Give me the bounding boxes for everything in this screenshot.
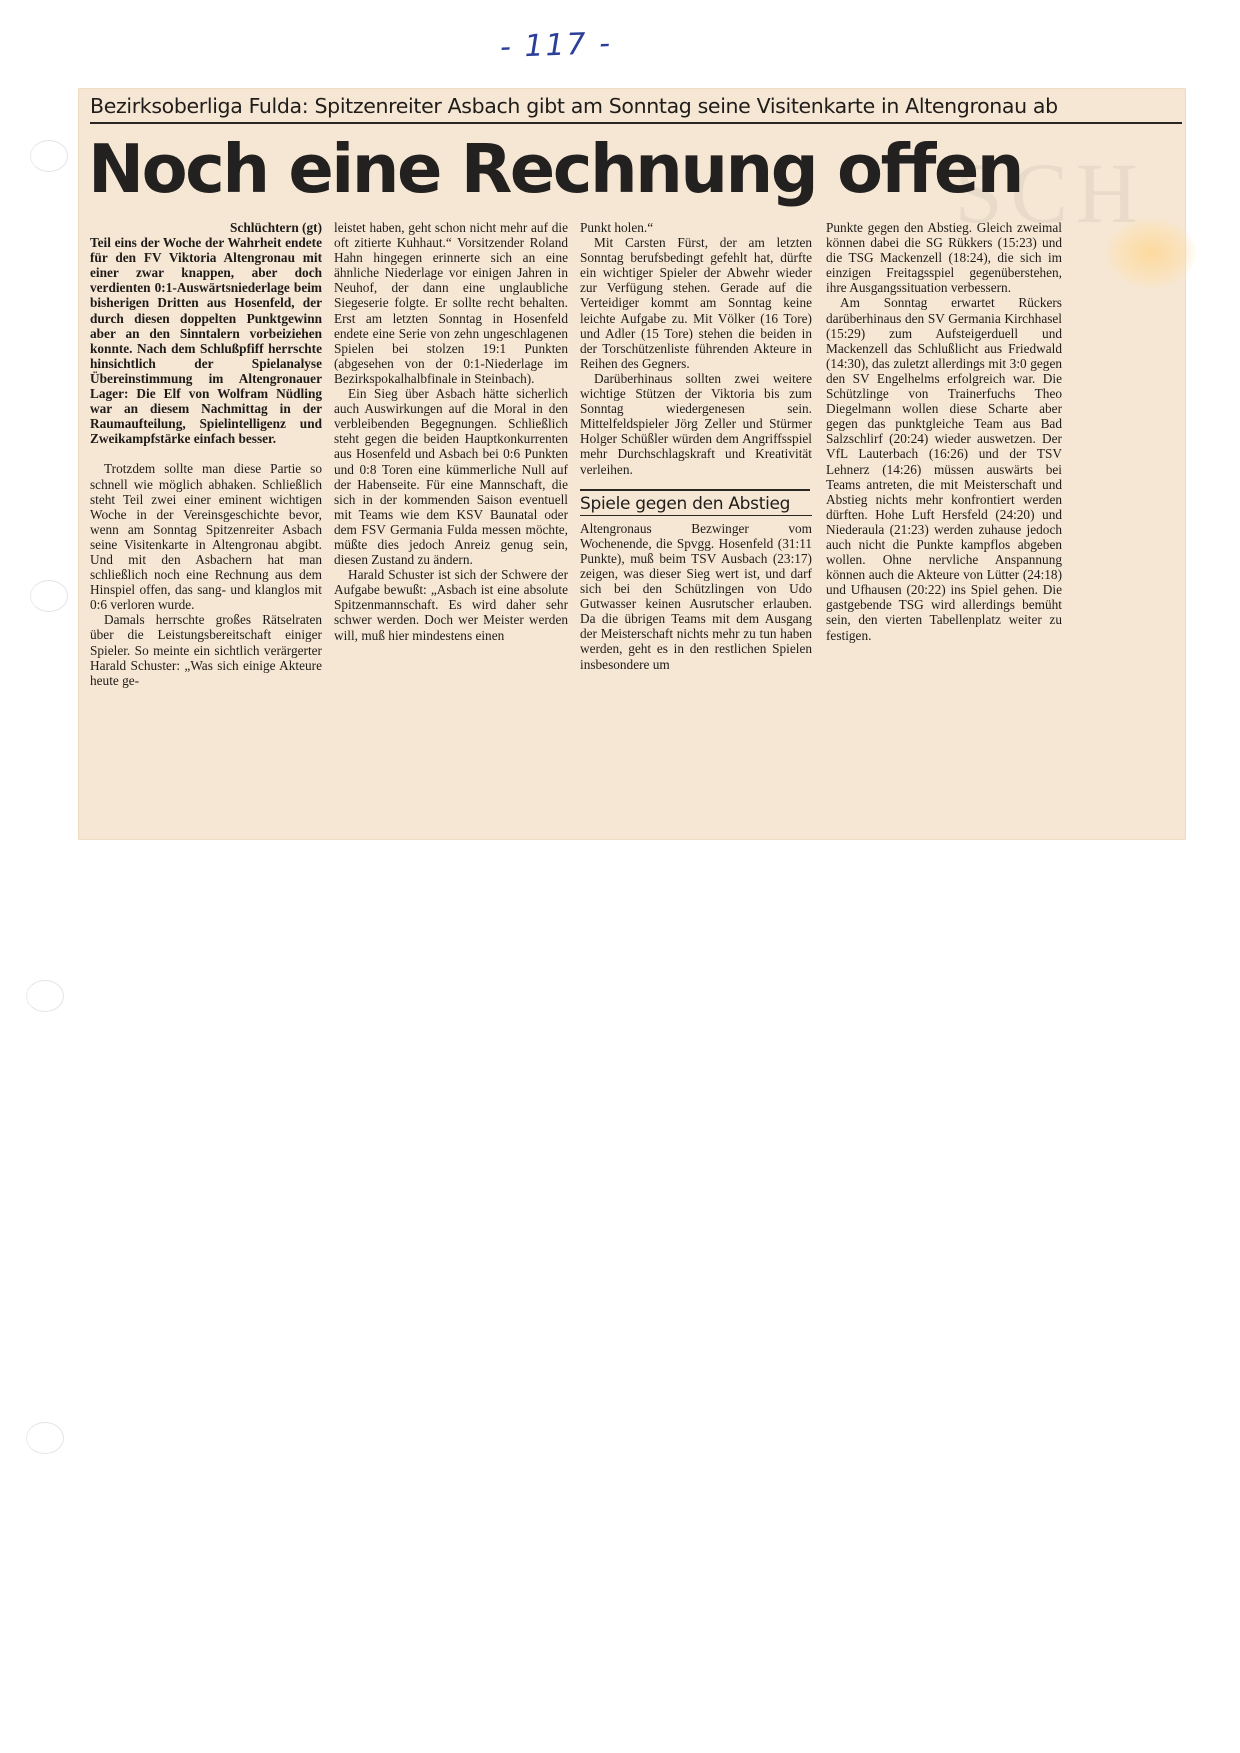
subheading: Spiele gegen den Abstieg <box>580 491 812 516</box>
body-paragraph: Am Sonntag erwartet Rückers darüberhinau… <box>826 295 1062 642</box>
newspaper-clipping: SCH Bezirksoberliga Fulda: Spitzenreiter… <box>78 88 1186 840</box>
punch-hole <box>26 980 64 1012</box>
dateline: Schlüchtern (gt) <box>90 220 322 235</box>
article-column-1: Schlüchtern (gt) Teil eins der Woche der… <box>90 220 322 688</box>
body-paragraph: Altengronaus Bezwinger vom Wochenende, d… <box>580 521 812 672</box>
body-paragraph: Punkt holen.“ <box>580 220 812 235</box>
punch-hole <box>26 1422 64 1454</box>
body-paragraph: Darüberhinaus sollten zwei weitere wicht… <box>580 371 812 477</box>
body-paragraph: leistet haben, geht schon nicht mehr auf… <box>334 220 568 386</box>
article-column-2: leistet haben, geht schon nicht mehr auf… <box>334 220 568 643</box>
body-paragraph: Damals herrschte großes Rätselraten über… <box>90 612 322 687</box>
article-kicker: Bezirksoberliga Fulda: Spitzenreiter Asb… <box>90 94 1182 124</box>
body-paragraph: Punkte gegen den Abstieg. Gleich zweimal… <box>826 220 1062 295</box>
body-paragraph: Harald Schuster ist sich der Schwere der… <box>334 567 568 642</box>
article-column-4: Punkte gegen den Abstieg. Gleich zweimal… <box>826 220 1062 643</box>
body-paragraph: Ein Sieg über Asbach hätte sicherlich au… <box>334 386 568 567</box>
handwritten-page-number: - 117 - <box>499 26 612 65</box>
paper-stain <box>1106 218 1196 288</box>
punch-hole <box>30 580 68 612</box>
article-headline: Noch eine Rechnung offen <box>88 130 1022 208</box>
body-paragraph: Mit Carsten Fürst, der am letzten Sonnta… <box>580 235 812 371</box>
body-paragraph: Trotzdem sollte man diese Partie so schn… <box>90 461 322 612</box>
punch-hole <box>30 140 68 172</box>
article-column-3: Punkt holen.“ Mit Carsten Fürst, der am … <box>580 220 812 672</box>
lead-paragraph: Teil eins der Woche der Wahrheit endete … <box>90 235 322 446</box>
